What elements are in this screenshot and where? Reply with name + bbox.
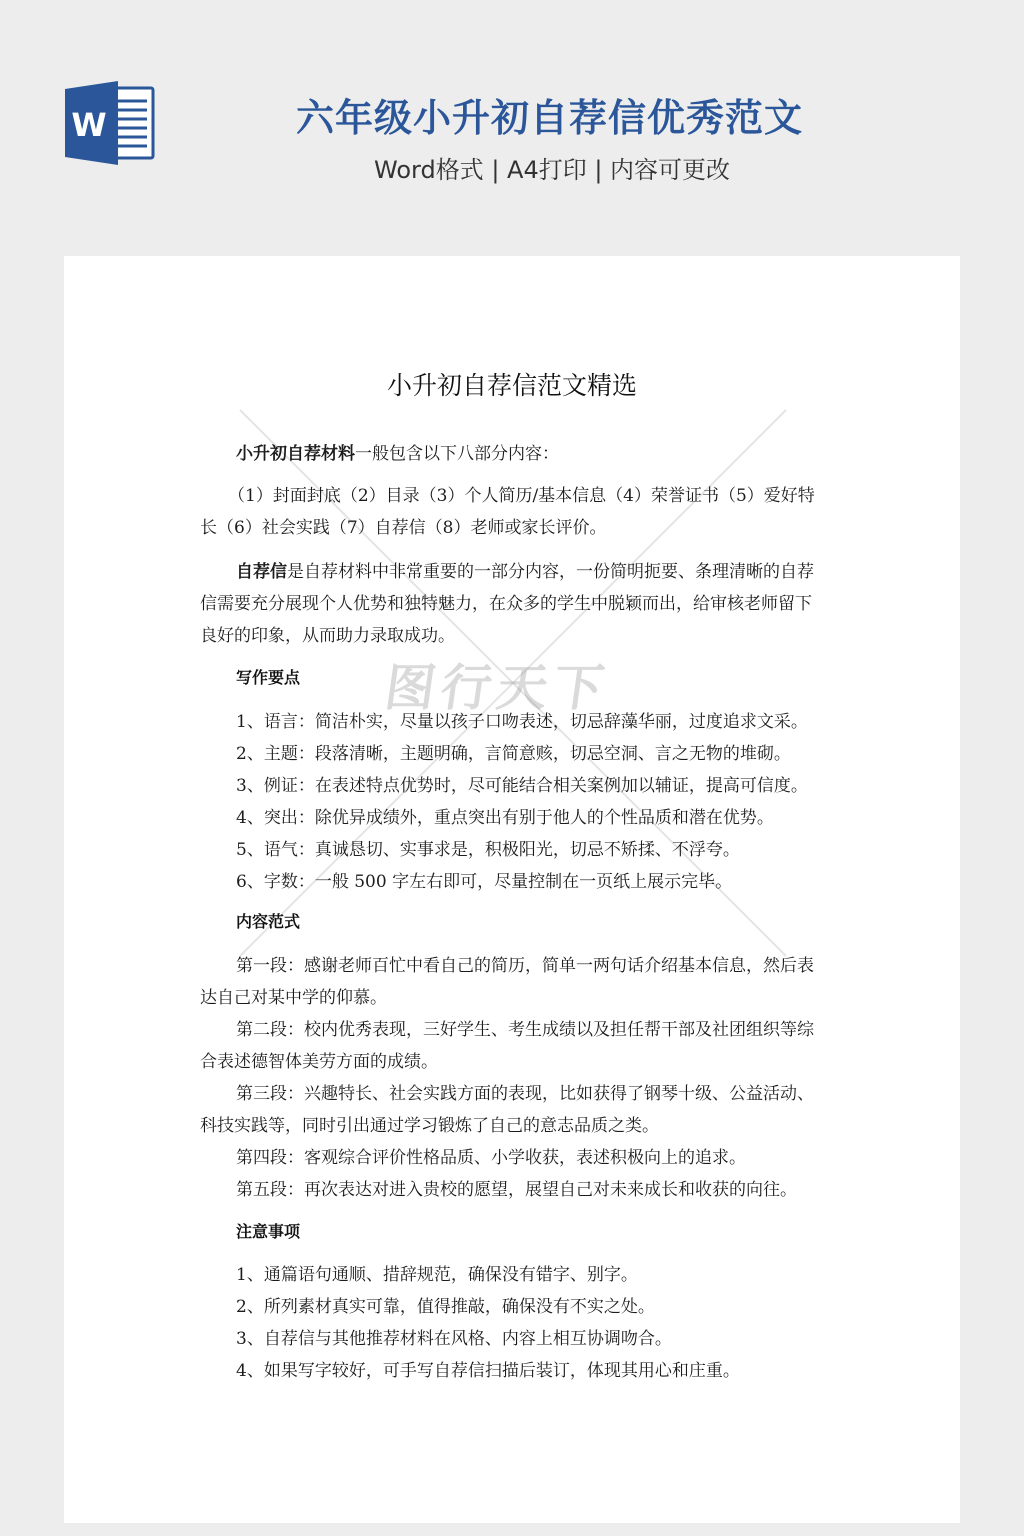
writing-points-list: 1、语言：简洁朴实，尽量以孩子口吻表述，切忌辞藻华丽，过度追求文采。 2、主题：… — [236, 706, 876, 898]
parts-paragraph: （1）封面封底（2）目录（3）个人简历/基本信息（4）荣誉证书（5）爱好特长（6… — [200, 480, 828, 544]
list-item: 5、语气：真诚恳切、实事求是，积极阳光，切忌不矫揉、不浮夸。 — [236, 834, 876, 866]
intro-paragraph: 小升初自荐材料一般包含以下八部分内容： — [200, 438, 828, 470]
list-item: 2、所列素材真实可靠，值得推敲，确保没有不实之处。 — [236, 1291, 876, 1323]
list-item: 4、突出：除优异成绩外，重点突出有别于他人的个性品质和潜在优势。 — [236, 802, 876, 834]
document-title: 小升初自荐信范文精选 — [64, 366, 960, 406]
letter-intro-paragraph: 自荐信是自荐材料中非常重要的一部分内容，一份简明扼要、条理清晰的自荐信需要充分展… — [200, 556, 828, 652]
parts-list-text: （1）封面封底（2）目录（3）个人简历/基本信息（4）荣誉证书（5）爱好特长（6… — [200, 480, 828, 544]
svg-text:W: W — [71, 106, 106, 144]
banner-title: 六年级小升初自荐信优秀范文 — [296, 92, 826, 144]
list-item: 6、字数：一般 500 字左右即可，尽量控制在一页纸上展示完毕。 — [236, 866, 876, 898]
list-item: 1、语言：简洁朴实，尽量以孩子口吻表述，切忌辞藻华丽，过度追求文采。 — [236, 706, 876, 738]
list-item: 4、如果写字较好，可手写自荐信扫描后装订，体现其用心和庄重。 — [236, 1355, 876, 1387]
list-item: 3、例证：在表述特点优势时，尽可能结合相关案例加以辅证，提高可信度。 — [236, 770, 876, 802]
paragraph: 第五段：再次表达对进入贵校的愿望，展望自己对未来成长和收获的向往。 — [200, 1174, 828, 1206]
banner-subtitle: Word格式 | A4打印 | 内容可更改 — [374, 152, 730, 188]
heading-content-format: 内容范式 — [236, 906, 300, 938]
list-item: 2、主题：段落清晰，主题明确，言简意赅，切忌空洞、言之无物的堆砌。 — [236, 738, 876, 770]
content-format-paragraphs: 第一段：感谢老师百忙中看自己的简历，简单一两句话介绍基本信息，然后表达自己对某中… — [200, 950, 828, 1206]
paragraph: 第一段：感谢老师百忙中看自己的简历，简单一两句话介绍基本信息，然后表达自己对某中… — [200, 950, 828, 1014]
letter-intro-bold: 自荐信 — [236, 562, 287, 582]
banner: W 六年级小升初自荐信优秀范文 Word格式 | A4打印 | 内容可更改 — [0, 0, 1024, 256]
letter-intro-text: 是自荐材料中非常重要的一部分内容，一份简明扼要、条理清晰的自荐信需要充分展现个人… — [200, 562, 814, 646]
document-page: 图行天下 小升初自荐信范文精选 小升初自荐材料一般包含以下八部分内容： （1）封… — [64, 256, 960, 1523]
heading-writing-points: 写作要点 — [236, 662, 300, 694]
list-item: 3、自荐信与其他推荐材料在风格、内容上相互协调吻合。 — [236, 1323, 876, 1355]
paragraph: 第二段：校内优秀表现，三好学生、考生成绩以及担任帮干部及社团组织等综合表述德智体… — [200, 1014, 828, 1078]
heading-notes: 注意事项 — [236, 1216, 300, 1248]
paragraph: 第三段：兴趣特长、社会实践方面的表现，比如获得了钢琴十级、公益活动、科技实践等，… — [200, 1078, 828, 1142]
intro-bold: 小升初自荐材料 — [236, 444, 355, 464]
word-document-icon: W — [65, 81, 157, 165]
list-item: 1、通篇语句通顺、措辞规范，确保没有错字、别字。 — [236, 1259, 876, 1291]
notes-list: 1、通篇语句通顺、措辞规范，确保没有错字、别字。 2、所列素材真实可靠，值得推敲… — [236, 1259, 876, 1387]
intro-text: 一般包含以下八部分内容： — [355, 444, 559, 464]
paragraph: 第四段：客观综合评价性格品质、小学收获，表述积极向上的追求。 — [200, 1142, 828, 1174]
